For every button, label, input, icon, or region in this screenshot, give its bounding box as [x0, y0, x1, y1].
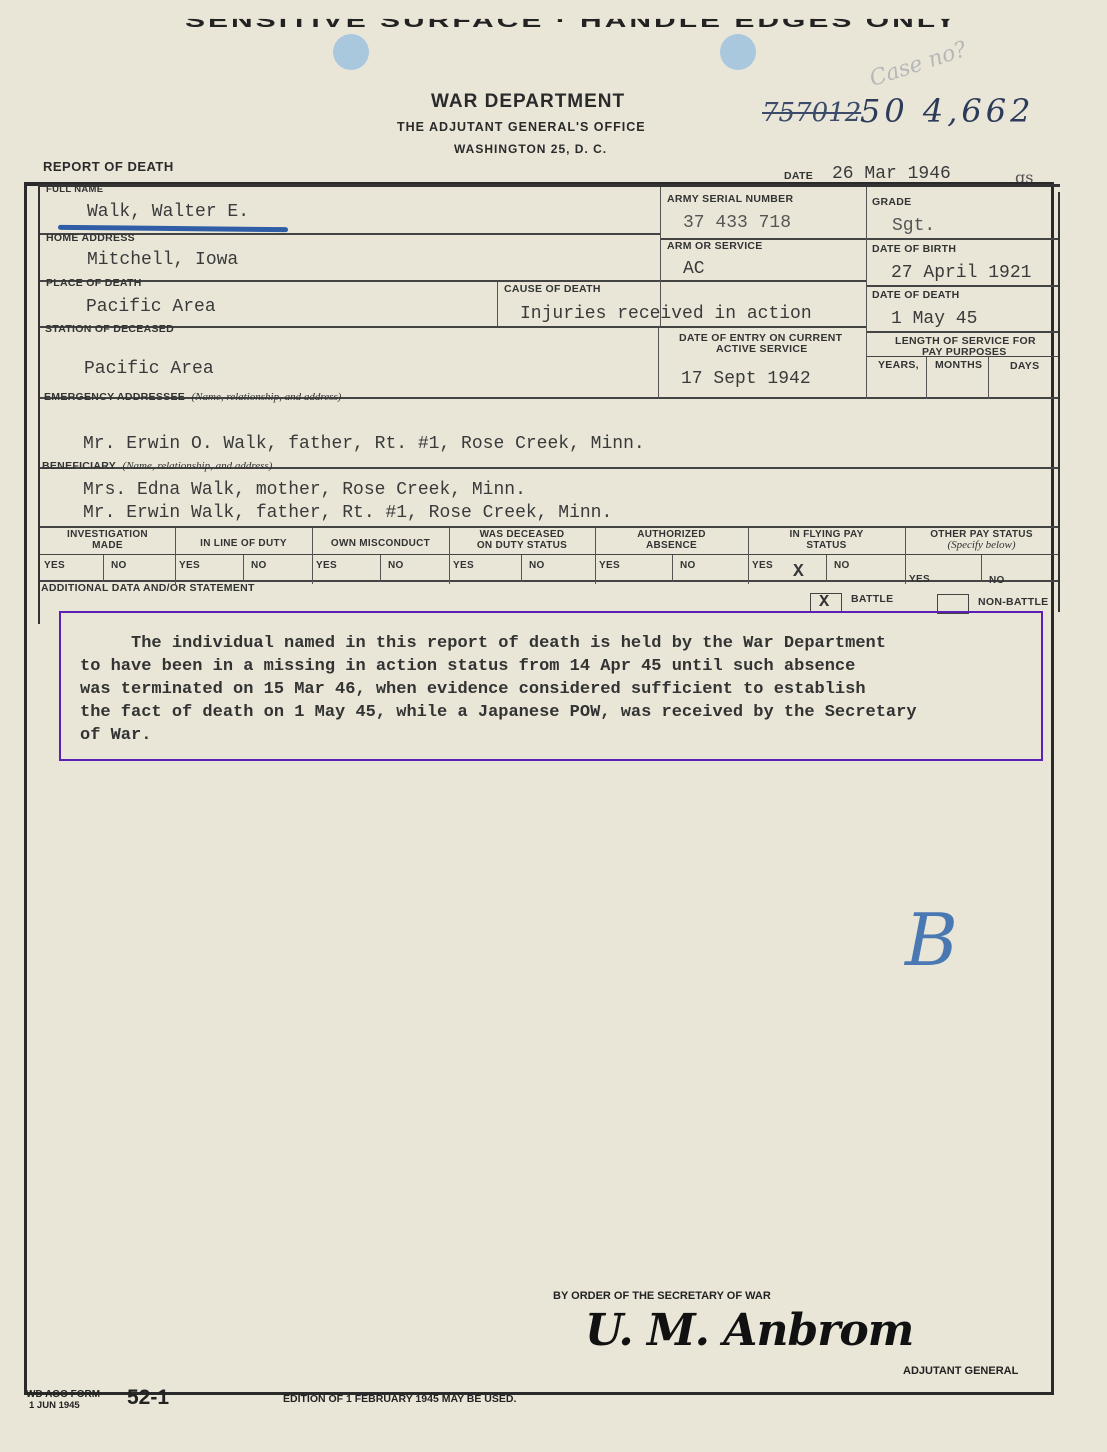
rule	[826, 555, 827, 582]
date-of-birth-label: DATE OF BIRTH	[872, 243, 956, 255]
emergency-addressee-note: (Name, relationship, and address)	[192, 391, 342, 403]
status-no-option[interactable]: NO	[111, 560, 127, 571]
full-name-value: Walk, Walter E.	[87, 202, 249, 222]
rule	[243, 555, 244, 582]
statement-text: The individual named in this report of d…	[80, 632, 1040, 747]
beneficiary-title: BENEFICIARY	[42, 460, 116, 472]
status-no-option[interactable]: NO	[989, 575, 1005, 586]
date-of-entry-label-2: ACTIVE SERVICE	[716, 343, 808, 355]
struck-case-number: 757012	[762, 98, 861, 128]
status-header-line-1: IN FLYING PAY	[789, 529, 863, 540]
status-header-line-1: AUTHORIZED	[637, 529, 706, 540]
status-header-line-2: MADE	[92, 540, 123, 551]
status-header-line-1: INVESTIGATION	[67, 529, 148, 540]
signature-title: ADJUTANT GENERAL	[903, 1365, 1018, 1377]
report-date: 26 Mar 1946	[832, 164, 951, 184]
date-of-death-label: DATE OF DEATH	[872, 289, 960, 301]
days-label: DAYS	[1010, 360, 1039, 372]
status-no-option[interactable]: NO	[529, 560, 545, 571]
status-yes-option[interactable]: YES	[752, 560, 773, 571]
status-yes-option[interactable]: YES	[44, 560, 65, 571]
statement-line: was terminated on 15 Mar 46, when eviden…	[80, 678, 1040, 701]
station-of-deceased-label: STATION OF DECEASED	[45, 323, 174, 335]
army-serial-number-label: ARMY SERIAL NUMBER	[667, 193, 793, 205]
non-battle-label: NON-BATTLE	[978, 596, 1048, 608]
rule	[866, 285, 1058, 287]
status-header-line-1: WAS DECEASED	[480, 529, 565, 540]
form-number: 52-1	[127, 1386, 169, 1410]
years-label: YEARS,	[878, 359, 919, 371]
rule	[40, 280, 866, 282]
place-of-death-value: Pacific Area	[86, 297, 216, 317]
rule	[497, 282, 498, 326]
status-header-line-1: OWN MISCONDUCT	[331, 538, 430, 549]
status-no-option[interactable]: NO	[680, 560, 696, 571]
statement-line: The individual named in this report of d…	[80, 632, 1040, 655]
rule	[981, 555, 982, 582]
beneficiary-line-2: Mr. Erwin Walk, father, Rt. #1, Rose Cre…	[83, 503, 612, 523]
date-label: DATE	[784, 170, 813, 182]
status-header-line-2: (Specify below)	[947, 539, 1015, 551]
emergency-addressee-value: Mr. Erwin O. Walk, father, Rt. #1, Rose …	[83, 434, 645, 454]
punch-hole-right	[720, 34, 756, 70]
top-rule	[38, 184, 1060, 187]
signature: U. M. Anbrom	[585, 1305, 913, 1356]
office-city: WASHINGTON 25, D. C.	[454, 142, 607, 156]
status-header-line-1: IN LINE OF DUTY	[200, 538, 287, 549]
rule	[658, 328, 659, 398]
grade-label: GRADE	[872, 196, 911, 208]
rule	[103, 555, 104, 582]
rule	[380, 555, 381, 582]
statement-line: of War.	[80, 724, 1040, 747]
months-label: MONTHS	[935, 359, 982, 371]
status-mark: X	[793, 562, 804, 582]
home-address-label: HOME ADDRESS	[46, 232, 135, 244]
additional-data-label: ADDITIONAL DATA AND/OR STATEMENT	[41, 582, 255, 594]
battle-label: BATTLE	[851, 593, 893, 605]
status-column-header: IN LINE OF DUTY	[175, 538, 312, 549]
form-id-line-1: WD AGO FORM	[26, 1389, 100, 1400]
army-serial-number-value: 37 433 718	[683, 213, 791, 233]
status-header-line-2: ABSENCE	[646, 540, 697, 551]
date-of-birth-value: 27 April 1921	[891, 263, 1031, 283]
status-column-header: INVESTIGATIONMADE	[40, 529, 175, 551]
inner-left-rule	[38, 184, 40, 624]
status-header-line-2: ON DUTY STATUS	[477, 540, 567, 551]
status-column-header: OWN MISCONDUCT	[312, 538, 449, 549]
statement-line: to have been in a missing in action stat…	[80, 655, 1040, 678]
status-column-header: IN FLYING PAYSTATUS	[748, 529, 905, 551]
length-of-service-label-2: PAY PURPOSES	[922, 346, 1007, 358]
beneficiary-label: BENEFICIARY (Name, relationship, and add…	[42, 460, 272, 472]
edition-note: EDITION OF 1 FEBRUARY 1945 MAY BE USED.	[283, 1393, 516, 1405]
cause-of-death-value: Injuries received in action	[520, 304, 812, 324]
status-column-header: OTHER PAY STATUS(Specify below)	[905, 529, 1058, 551]
beneficiary-note: (Name, relationship, and address)	[123, 460, 273, 472]
form-id-line-2: 1 JUN 1945	[29, 1400, 80, 1411]
station-of-deceased-value: Pacific Area	[84, 359, 214, 379]
status-yes-option[interactable]: YES	[316, 560, 337, 571]
rule	[312, 528, 313, 584]
department-title: WAR DEPARTMENT	[431, 91, 625, 113]
battle-mark: X	[819, 593, 829, 612]
status-yes-option[interactable]: YES	[453, 560, 474, 571]
full-name-label: FULL NAME	[46, 184, 103, 195]
punch-hole-left	[333, 34, 369, 70]
top-banner: SENSITIVE SURFACE · HANDLE EDGES ONLY	[185, 10, 958, 32]
office-title: THE ADJUTANT GENERAL'S OFFICE	[397, 120, 646, 134]
case-number: 50 4,662	[860, 92, 1035, 130]
status-yes-option[interactable]: YES	[179, 560, 200, 571]
rule	[866, 187, 867, 399]
place-of-death-label: PLACE OF DEATH	[46, 277, 142, 289]
grade-value: Sgt.	[892, 216, 935, 236]
status-column-header: WAS DECEASEDON DUTY STATUS	[449, 529, 595, 551]
inner-right-rule	[1058, 192, 1060, 612]
beneficiary-line-1: Mrs. Edna Walk, mother, Rose Creek, Minn…	[83, 480, 526, 500]
arm-or-service-value: AC	[683, 259, 705, 279]
battle-checkbox[interactable]: X	[810, 593, 842, 613]
rule	[988, 357, 989, 399]
status-column-header: AUTHORIZEDABSENCE	[595, 529, 748, 551]
statement-line: the fact of death on 1 May 45, while a J…	[80, 701, 1040, 724]
status-no-option[interactable]: NO	[834, 560, 850, 571]
cause-of-death-label: CAUSE OF DEATH	[504, 283, 601, 295]
status-no-option[interactable]: NO	[388, 560, 404, 571]
status-header-line-2: STATUS	[806, 540, 846, 551]
emergency-addressee-label: EMERGENCY ADDRESSEE (Name, relationship,…	[44, 391, 341, 403]
arm-or-service-label: ARM OR SERVICE	[667, 240, 763, 252]
rule	[926, 357, 927, 399]
home-address-value: Mitchell, Iowa	[87, 250, 238, 270]
rule	[521, 555, 522, 582]
date-of-entry-value: 17 Sept 1942	[681, 369, 811, 389]
handwritten-initial: B	[905, 898, 958, 982]
case-note: Case no?	[867, 37, 970, 92]
date-of-death-value: 1 May 45	[891, 309, 977, 329]
emergency-addressee-title: EMERGENCY ADDRESSEE	[44, 391, 185, 403]
status-no-option[interactable]: NO	[251, 560, 267, 571]
rule	[175, 528, 176, 584]
status-yes-option[interactable]: YES	[909, 574, 930, 585]
rule	[672, 555, 673, 582]
form-title: REPORT OF DEATH	[43, 159, 174, 174]
rule	[866, 331, 1058, 333]
by-order-text: BY ORDER OF THE SECRETARY OF WAR	[553, 1290, 771, 1302]
status-yes-option[interactable]: YES	[599, 560, 620, 571]
